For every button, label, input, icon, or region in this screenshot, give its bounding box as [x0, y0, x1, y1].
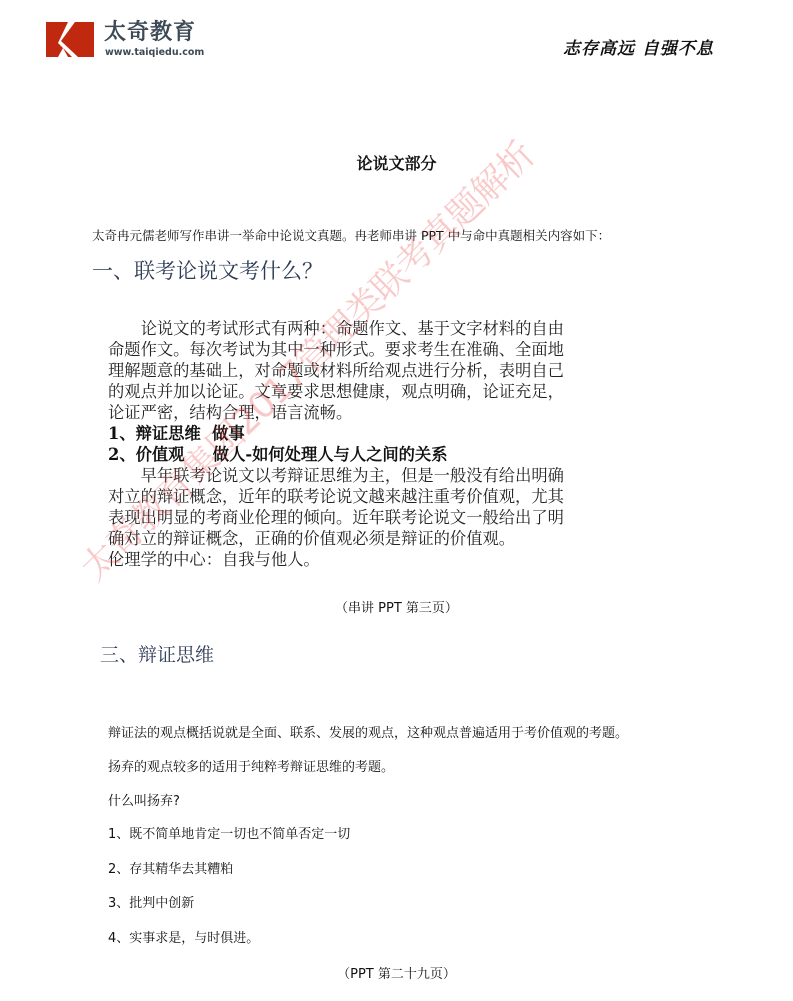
- paragraph-line: 对立的辩证概念，近年的联考论说文越来越注重考价值观，尤其: [108, 486, 638, 507]
- paragraph-line: 伦理学的中心：自我与他人。: [108, 549, 638, 570]
- caption-ppt-page29: （PPT 第二十九页）: [0, 966, 793, 984]
- point-1: 1、辩证思维 做事: [108, 423, 638, 444]
- logo-icon: [46, 22, 94, 57]
- section1-heading: 一、联考论说文考什么？: [92, 257, 323, 285]
- brand-url: www.taiqiedu.com: [105, 47, 204, 59]
- body-line: 扬弃的观点较多的适用于纯粹考辩证思维的考题。: [108, 759, 394, 777]
- section3-heading: 三、辩证思维: [100, 641, 214, 669]
- list-item: 1、既不简单地肯定一切也不简单否定一切: [108, 826, 350, 844]
- caption-ppt-page3: （串讲 PPT 第三页）: [0, 600, 793, 618]
- brand-name: 太奇教育: [104, 20, 196, 46]
- paragraph-line: 的观点并加以论证。文章要求思想健康，观点明确，论证充足，: [108, 381, 638, 402]
- body-line: 辩证法的观点概括说就是全面、联系、发展的观点，这种观点普遍适用于考价值观的考题。: [108, 725, 628, 743]
- section1-paragraph: 论说文的考试形式有两种：命题作文、基于文字材料的自由 命题作文。每次考试为其中一…: [108, 318, 638, 570]
- paragraph-line: 命题作文。每次考试为其中一种形式。要求考生在准确、全面地: [108, 339, 638, 360]
- list-item: 2、存其精华去其糟粕: [108, 861, 233, 879]
- point-2: 2、价值观 做人-如何处理人与人之间的关系: [108, 444, 638, 465]
- paragraph-line: 论证严密，结构合理，语言流畅。: [108, 402, 638, 423]
- paragraph-line: 表现出明显的考商业伦理的倾向。近年联考论说文一般给出了明: [108, 507, 638, 528]
- intro-text: 太奇冉元儒老师写作串讲一举命中论说文真题。冉老师串讲 PPT 中与命中真题相关内…: [92, 227, 610, 245]
- body-line: 什么叫扬弃?: [108, 793, 180, 811]
- slogan: 志存高远 自强不息: [563, 38, 714, 60]
- paragraph-line: 确对立的辩证概念，正确的价值观必须是辩证的价值观。: [108, 528, 638, 549]
- list-item: 3、批判中创新: [108, 895, 194, 913]
- paragraph-line: 论说文的考试形式有两种：命题作文、基于文字材料的自由: [108, 318, 638, 339]
- paragraph-line: 理解题意的基础上，对命题或材料所给观点进行分析，表明自己: [108, 360, 638, 381]
- page-title: 论说文部分: [0, 153, 793, 175]
- paragraph-line: 早年联考论说文以考辩证思维为主，但是一般没有给出明确: [108, 465, 638, 486]
- list-item: 4、实事求是，与时俱进。: [108, 930, 259, 948]
